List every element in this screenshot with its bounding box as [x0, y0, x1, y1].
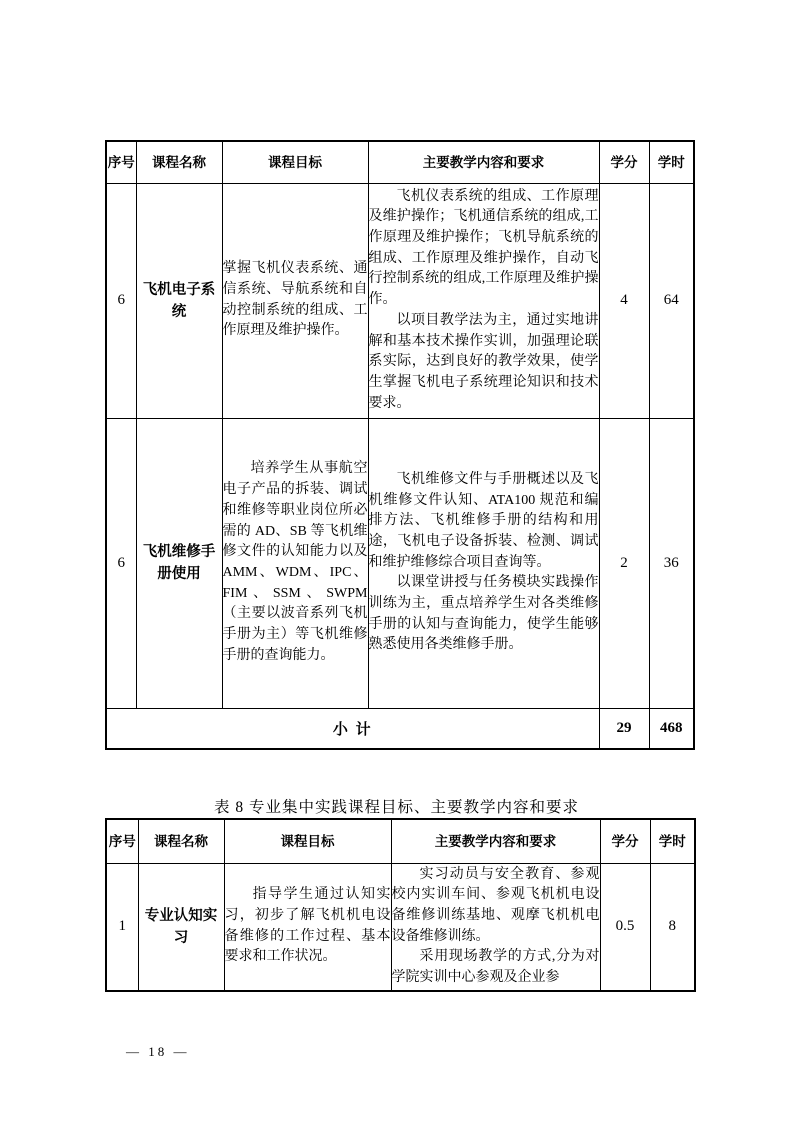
- header-course-name: 课程名称: [136, 141, 222, 183]
- header-hours: 学时: [649, 141, 694, 183]
- subtotal-label: 小 计: [106, 708, 599, 749]
- cell-hours: 36: [649, 418, 694, 708]
- content-paragraph-2: 以项目教学法为主，通过实地讲解和基本技术操作实训，加强理论联系实际，达到良好的教…: [369, 311, 599, 415]
- subtotal-row: 小 计 29 468: [106, 708, 694, 749]
- content-paragraph-2: 采用现场教学的方式,分为对学院实训中心参观及企业参: [392, 947, 600, 988]
- content-paragraph-2: 以课堂讲授与任务模块实践操作训练为主，重点培养学生对各类维修手册的认知与查询能力…: [369, 573, 599, 656]
- table8-title: 表 8 专业集中实践课程目标、主要教学内容和要求: [0, 795, 793, 817]
- header-no: 序号: [106, 141, 136, 183]
- subtotal-credit: 29: [599, 708, 649, 749]
- content-paragraph-1: 实习动员与安全教育、参观校内实训车间、参观飞机机电设备维修训练基地、观摩飞机机电…: [392, 865, 600, 948]
- content-paragraph-1: 飞机仪表系统的组成、工作原理及维护操作；飞机通信系统的组成,工作原理及维护操作；…: [369, 187, 599, 311]
- table-header-row: 序号 课程名称 课程目标 主要教学内容和要求 学分 学时: [106, 819, 695, 863]
- goal-paragraph: 掌握飞机仪表系统、通信系统、导航系统和自动控制系统的组成、工作原理及维护操作。: [223, 259, 368, 342]
- cell-no: 6: [106, 418, 136, 708]
- cell-course-name: 飞机电子系统: [136, 183, 222, 418]
- document-page: 序号 课程名称 课程目标 主要教学内容和要求 学分 学时 6 飞机电子系统 掌握…: [0, 0, 793, 1122]
- cell-no: 6: [106, 183, 136, 418]
- header-hours: 学时: [650, 819, 695, 863]
- header-credit: 学分: [599, 141, 649, 183]
- header-course-goal: 课程目标: [224, 819, 391, 863]
- cell-credit: 0.5: [600, 863, 650, 991]
- header-course-name: 课程名称: [138, 819, 224, 863]
- header-course-goal: 课程目标: [222, 141, 368, 183]
- cell-main-content: 飞机仪表系统的组成、工作原理及维护操作；飞机通信系统的组成,工作原理及维护操作；…: [368, 183, 599, 418]
- table-row: 6 飞机电子系统 掌握飞机仪表系统、通信系统、导航系统和自动控制系统的组成、工作…: [106, 183, 694, 418]
- practice-course-table: 序号 课程名称 课程目标 主要教学内容和要求 学分 学时 1 专业认知实习 指导…: [105, 818, 696, 992]
- cell-course-goal: 掌握飞机仪表系统、通信系统、导航系统和自动控制系统的组成、工作原理及维护操作。: [222, 183, 368, 418]
- header-credit: 学分: [600, 819, 650, 863]
- header-main-content: 主要教学内容和要求: [368, 141, 599, 183]
- cell-course-goal: 培养学生从事航空电子产品的拆装、调试和维修等职业岗位所必需的 AD、SB 等飞机…: [222, 418, 368, 708]
- cell-main-content: 实习动员与安全教育、参观校内实训车间、参观飞机机电设备维修训练基地、观摩飞机机电…: [391, 863, 600, 991]
- cell-main-content: 飞机维修文件与手册概述以及飞机维修文件认知、ATA100 规范和编排方法、飞机维…: [368, 418, 599, 708]
- cell-hours: 64: [649, 183, 694, 418]
- subtotal-hours: 468: [649, 708, 694, 749]
- goal-paragraph: 培养学生从事航空电子产品的拆装、调试和维修等职业岗位所必需的 AD、SB 等飞机…: [223, 459, 368, 666]
- cell-course-name: 飞机维修手册使用: [136, 418, 222, 708]
- theory-course-table: 序号 课程名称 课程目标 主要教学内容和要求 学分 学时 6 飞机电子系统 掌握…: [105, 140, 695, 750]
- page-number: — 18 —: [126, 1044, 190, 1060]
- cell-course-name: 专业认知实习: [138, 863, 224, 991]
- cell-credit: 2: [599, 418, 649, 708]
- table-row: 1 专业认知实习 指导学生通过认知实习，初步了解飞机机电设备维修的工作过程、基本…: [106, 863, 695, 991]
- cell-no: 1: [106, 863, 138, 991]
- cell-hours: 8: [650, 863, 695, 991]
- goal-paragraph: 指导学生通过认知实习，初步了解飞机机电设备维修的工作过程、基本要求和工作状况。: [225, 885, 391, 968]
- header-main-content: 主要教学内容和要求: [391, 819, 600, 863]
- header-no: 序号: [106, 819, 138, 863]
- cell-course-goal: 指导学生通过认知实习，初步了解飞机机电设备维修的工作过程、基本要求和工作状况。: [224, 863, 391, 991]
- cell-credit: 4: [599, 183, 649, 418]
- table-header-row: 序号 课程名称 课程目标 主要教学内容和要求 学分 学时: [106, 141, 694, 183]
- content-paragraph-1: 飞机维修文件与手册概述以及飞机维修文件认知、ATA100 规范和编排方法、飞机维…: [369, 470, 599, 574]
- table-row: 6 飞机维修手册使用 培养学生从事航空电子产品的拆装、调试和维修等职业岗位所必需…: [106, 418, 694, 708]
